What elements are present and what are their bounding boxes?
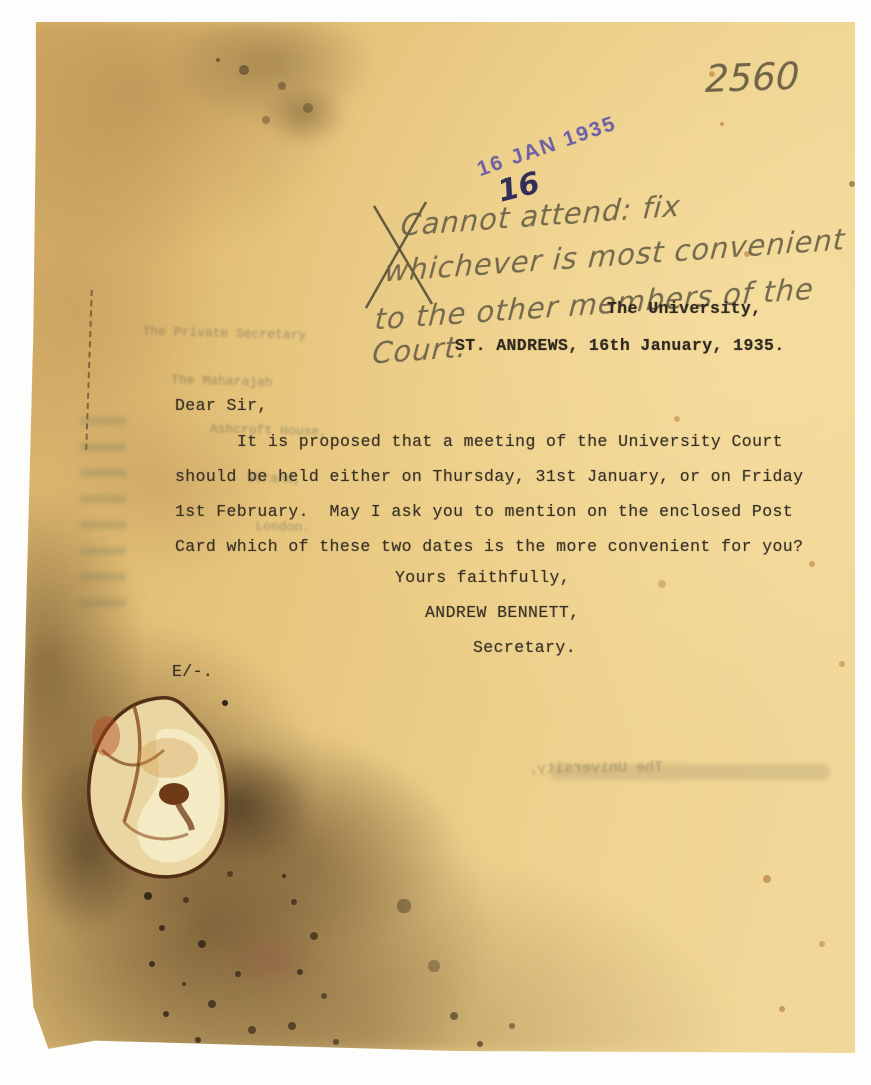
- letterhead-university: The University,: [607, 299, 762, 318]
- mold-speckles-bottom: [282, 874, 286, 878]
- salutation: Dear Sir,: [175, 396, 268, 415]
- ghost-address-line: London.: [255, 519, 324, 537]
- letter-page: 2560 16 JAN 1935 16 Cannot attend: fix w…: [20, 22, 855, 1053]
- smudge-top: [216, 58, 220, 62]
- closing: Yours faithfully,: [395, 568, 570, 587]
- ghost-address-line: The Private Secretary: [142, 324, 329, 345]
- scan-background: 2560 16 JAN 1935 16 Cannot attend: fix w…: [0, 0, 871, 1085]
- ghost-text-column: [80, 417, 126, 617]
- archival-number: 2560: [704, 55, 800, 101]
- ghost-address: The Private Secretary The Maharajah Ashc…: [136, 292, 330, 569]
- ghost-address-line: The Maharajah: [171, 372, 328, 392]
- signature-name: ANDREW BENNETT,: [425, 603, 580, 622]
- ghost-mirrored-text: The University,: [528, 759, 663, 777]
- body-line-3: 1st February. May I ask you to mention o…: [175, 502, 793, 521]
- enclosure-mark: E/-.: [172, 662, 213, 681]
- date-stamp: 16 JAN 1935: [474, 112, 620, 182]
- body-line-4: Card which of these two dates is the mor…: [175, 537, 803, 556]
- signature-title: Secretary.: [473, 638, 576, 657]
- letterhead-date: ST. ANDREWS, 16th January, 1935.: [455, 336, 785, 355]
- seal-blob: [72, 688, 244, 886]
- foxing-spots: [720, 122, 724, 126]
- body-line-2: should be held either on Thursday, 31st …: [175, 467, 803, 486]
- body-line-1: It is proposed that a meeting of the Uni…: [237, 432, 783, 451]
